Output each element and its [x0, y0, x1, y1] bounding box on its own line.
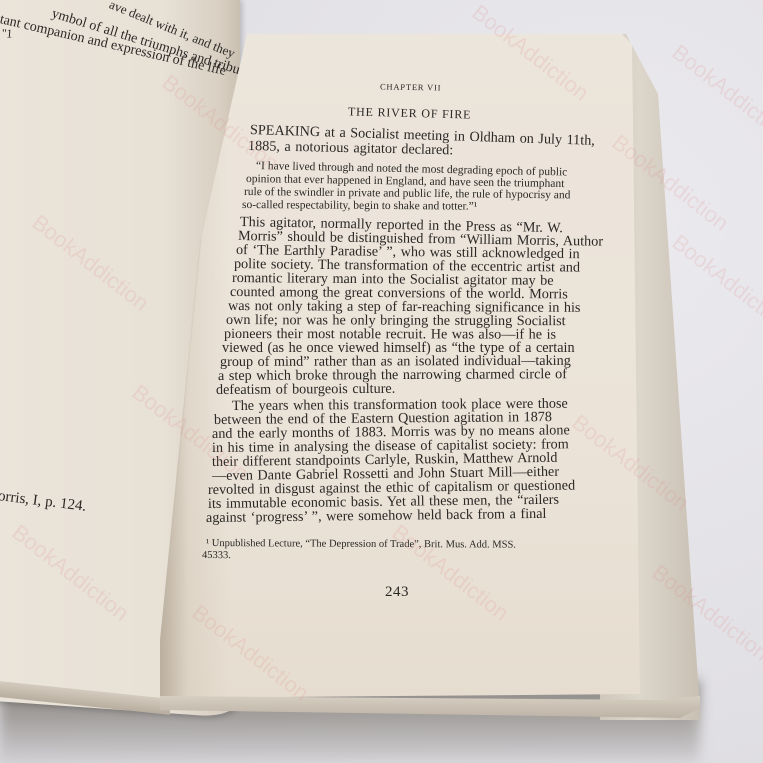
left-text-line: ''1 [1, 26, 12, 42]
right-page [162, 34, 642, 702]
left-page-top-text: ave dealt with it, and they ymbol of all… [0, 0, 250, 100]
